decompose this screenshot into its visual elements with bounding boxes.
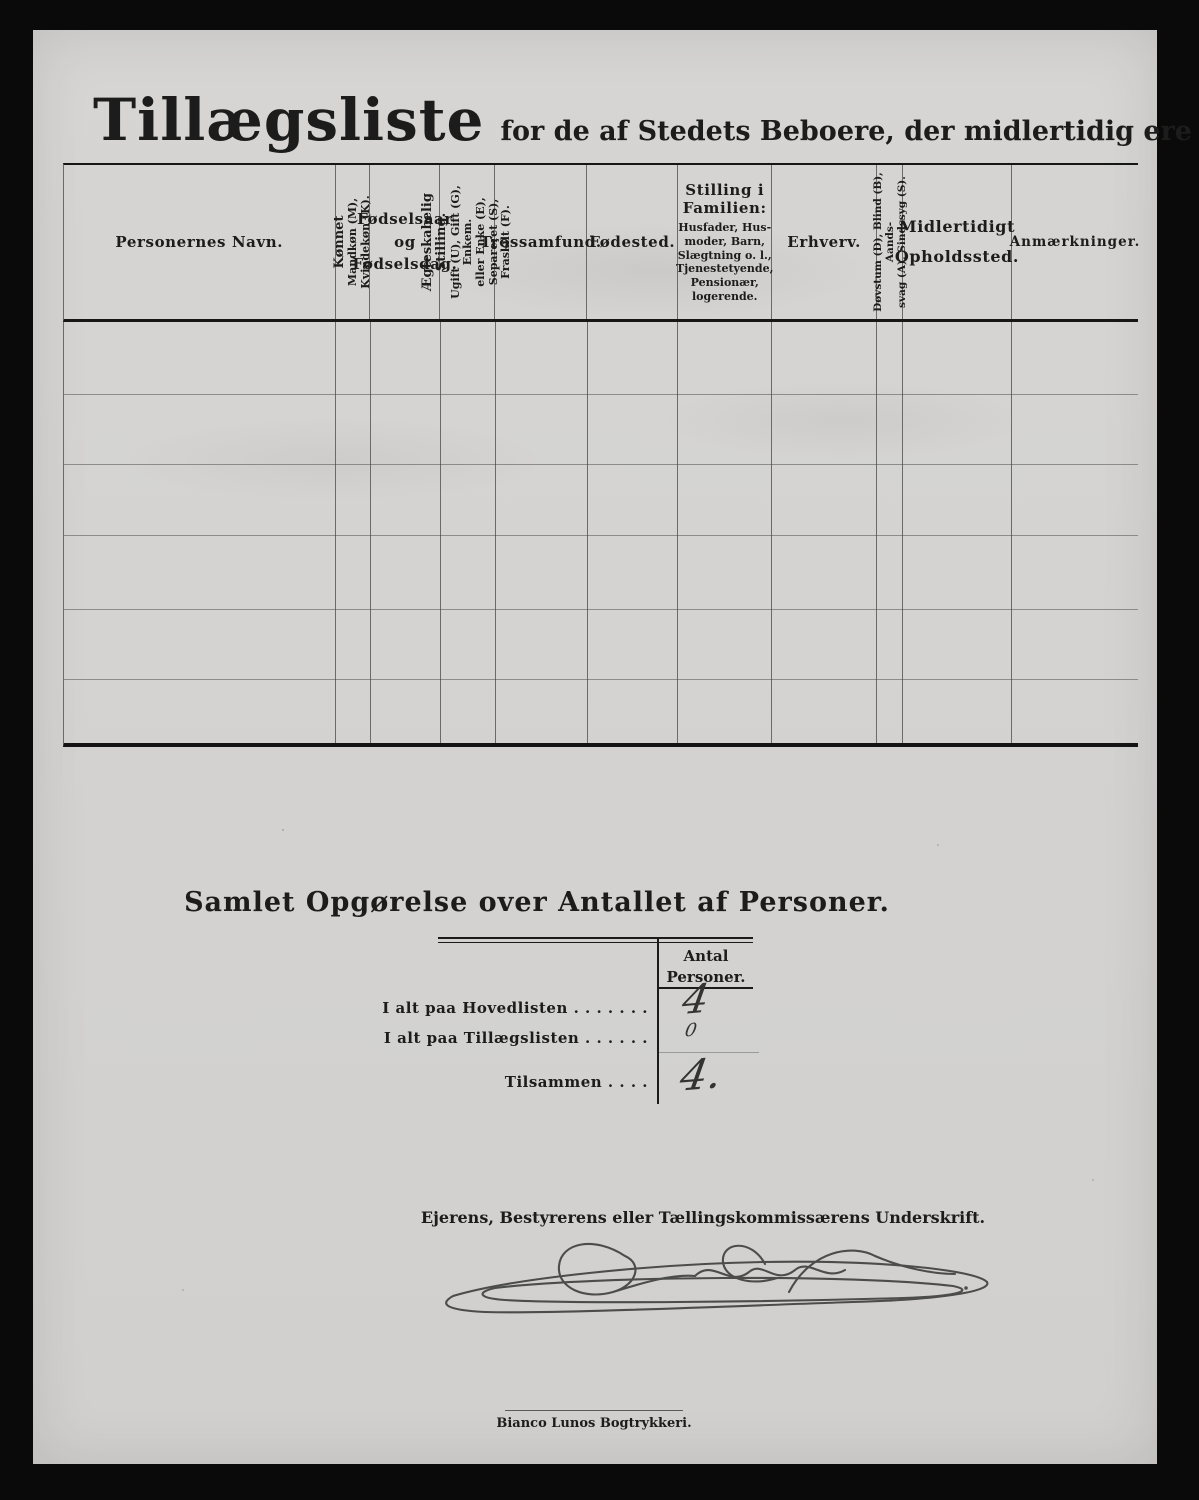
title-main: Tillægsliste xyxy=(93,86,484,154)
column-header-personernes-navn: Personernes Navn. xyxy=(64,165,336,319)
column-header-midlertidigt-opholdssted: Midlertidigt Opholdssted. xyxy=(903,165,1012,319)
row-divider xyxy=(64,679,1138,680)
column-header-erhverv: Erhverv. xyxy=(772,165,877,319)
summary-top-rule xyxy=(438,937,753,943)
column-sublabel: Husfader, Hus- moder, Barn, Slægtning o.… xyxy=(676,221,773,304)
paper-sheet: Tillægsliste for de af Stedets Beboere, … xyxy=(33,30,1157,1464)
column-label: Kønnet xyxy=(333,166,347,318)
handwritten-value-tilsammen: 4. xyxy=(677,1052,725,1097)
summary-row-tilsammen: Tilsammen . . . . xyxy=(313,1073,648,1091)
column-label: Fødested. xyxy=(589,231,675,254)
row-divider xyxy=(64,394,1138,395)
page-title: Tillægsliste for de af Stedets Beboere, … xyxy=(93,86,1168,154)
summary-title: Samlet Opgørelse over Antallet af Person… xyxy=(33,887,1041,918)
title-subtitle: for de af Stedets Beboere, der midlertid… xyxy=(500,116,1192,147)
table-header-row: Personernes Navn. Kønnet Mandkøn (M), Kv… xyxy=(63,163,1138,322)
summary-row-tillaegslisten: I alt paa Tillægslisten . . . . . . xyxy=(313,1029,648,1047)
printer-rule xyxy=(505,1410,683,1411)
printer-imprint: Bianco Lunos Bogtrykkeri. xyxy=(465,1416,723,1431)
column-header-anmaerkninger: Anmærkninger. xyxy=(1012,165,1138,319)
handwritten-value-hovedlisten: 4 xyxy=(680,979,712,1021)
signature-caption: Ejerens, Bestyrerens eller Tællingskommi… xyxy=(393,1208,1013,1227)
column-label: Personernes Navn. xyxy=(115,231,283,254)
table-body xyxy=(63,322,1138,747)
row-divider xyxy=(64,535,1138,536)
handwritten-signature xyxy=(433,1228,1013,1333)
column-header-foedested: Fødested. xyxy=(587,165,678,319)
handwritten-value-tillaegslisten: 0 xyxy=(683,1022,698,1041)
column-label: Midlertidigt Opholdssted. xyxy=(895,212,1019,273)
summary-row-hovedlisten: I alt paa Hovedlisten . . . . . . . xyxy=(313,999,648,1017)
row-divider xyxy=(64,609,1138,610)
column-label: Anmærkninger. xyxy=(1010,232,1141,252)
column-label: Erhverv. xyxy=(787,231,861,254)
column-header-stilling-i-familien: Stilling i Familien: Husfader, Hus- mode… xyxy=(678,165,772,319)
column-header-trossamfund: Trossamfund. xyxy=(495,165,587,319)
column-label: Ægteskabelig Stilling. xyxy=(422,166,451,318)
column-label: Trossamfund. xyxy=(480,231,602,254)
row-divider xyxy=(64,464,1138,465)
absentees-table: Personernes Navn. Kønnet Mandkøn (M), Kv… xyxy=(63,163,1138,747)
column-label: Stilling i Familien: xyxy=(683,181,767,219)
